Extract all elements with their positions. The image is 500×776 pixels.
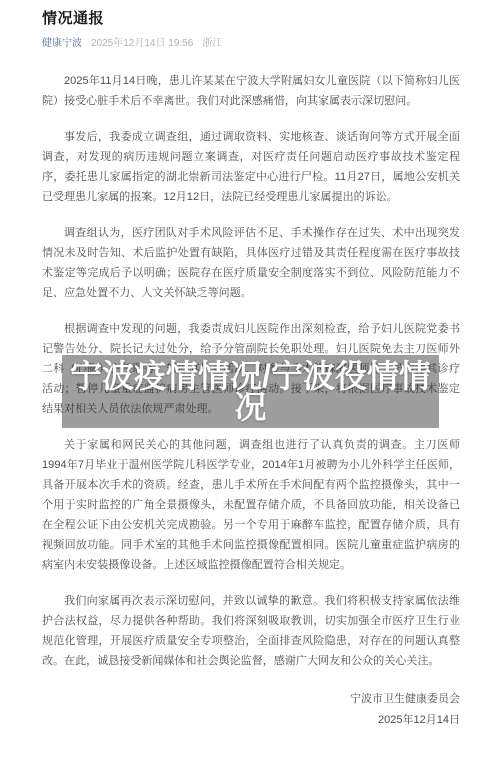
byline: 健康宁波 2025年12月14日 19:56 浙江 xyxy=(42,37,460,51)
paragraph-3: 调查组认为，医疗团队对手术风险评估不足、手术操作存在过失、术中出现突发情况未及时… xyxy=(42,223,460,303)
paragraph-2: 事发后，我委成立调查组，通过调取资料、实地核查、谈话询问等方式开展全面调查，对发… xyxy=(42,127,460,207)
signature-date: 2025年12月14日 xyxy=(42,710,460,731)
publish-location: 浙江 xyxy=(202,37,222,51)
paragraph-4: 根据调查中发现的问题，我委责成妇儿医院作出深刻检查，给予妇儿医院党委书记警告处分… xyxy=(42,319,460,419)
paragraph-5: 关于家属和网民关心的其他问题，调查组也进行了认真负责的调查。主刀医师1994年7… xyxy=(42,435,460,575)
article-body: 2025年11月14日晚，患儿许某某在宁波大学附属妇女儿童医院（以下简称妇儿医院… xyxy=(42,71,460,671)
paragraph-1: 2025年11月14日晚，患儿许某某在宁波大学附属妇女儿童医院（以下简称妇儿医院… xyxy=(42,71,460,111)
signature-org: 宁波市卫生健康委员会 xyxy=(42,689,460,710)
article-page: 情况通报 健康宁波 2025年12月14日 19:56 浙江 2025年11月1… xyxy=(0,0,500,776)
account-name-link[interactable]: 健康宁波 xyxy=(42,37,82,51)
signature-block: 宁波市卫生健康委员会 2025年12月14日 xyxy=(42,689,460,731)
publish-timestamp: 2025年12月14日 19:56 xyxy=(91,37,193,51)
paragraph-6: 我们向家属再次表示深切慰问，并致以诚挚的歉意。我们将积极支持家属依法维护合法权益… xyxy=(42,591,460,671)
page-title: 情况通报 xyxy=(42,8,460,30)
